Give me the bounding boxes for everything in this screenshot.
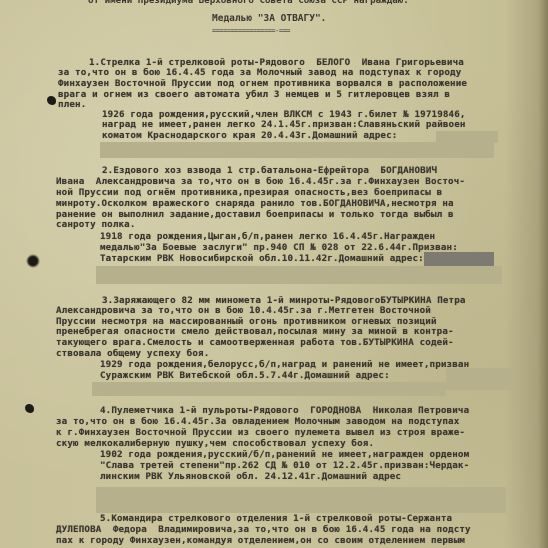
entry-3-line-6: ствовала общему успеху боя.	[56, 349, 209, 359]
redacted-address-3b	[92, 382, 446, 396]
entry-1-bio-2: наград не имеет,ранен легко 24.1.45г.при…	[102, 120, 466, 130]
header-cut-text: от имени Президиума Верховного Совета Со…	[88, 0, 409, 6]
ink-blot-1	[47, 96, 56, 105]
entry-4-bio-3: линским РВК Ульяновской обл. 24.12.41г.Д…	[100, 472, 401, 482]
entry-2-bio-3: Татарским РВК Новосибирской обл.10.11.42…	[100, 254, 424, 264]
page-edge-shadow	[538, 0, 548, 548]
document-page: от имени Президиума Верховного Совета Со…	[0, 0, 548, 548]
entry-2-line-1: 2.Ездового хоз взвода 1 стр.батальона-Еф…	[102, 166, 437, 176]
ink-blot-2	[26, 254, 40, 268]
entry-2-line-2: Ивана Александровича за то,что он в бою …	[56, 177, 465, 187]
entry-1-line-3: Финхаузен Восточной Пруссии под огнем пр…	[58, 79, 467, 89]
ink-blot-3	[25, 404, 34, 413]
entry-5-line-2: ДУЛЕПОВА Федора Владимировича,за то,что …	[56, 525, 471, 535]
entry-5-line-1: 5.Командира стрелкового отделения 1-й ст…	[100, 514, 452, 524]
entry-4-bio-1: 1902 года рождения,русский/б/п,ранений н…	[100, 450, 469, 460]
entry-4-line-3: к г.Финхаузен Восточной Пруссии из своег…	[56, 428, 465, 438]
entry-1-line-4: врага и огнем из своего автомата убил 3 …	[58, 90, 450, 100]
redacted-address-4	[96, 487, 506, 513]
entry-3-bio-2: Суражским РВК Витебской обл.5.7.44г.Дома…	[100, 371, 390, 381]
entry-2-line-3: ной Пруссии под огнём противника,презира…	[56, 188, 442, 198]
entry-2-line-6: санроту полка.	[56, 220, 136, 230]
entry-3-line-5: такующего врага.Смелость и самоотверженн…	[56, 338, 454, 348]
entry-2-bio-1: 1918 года рождения,Цыган,б/п,ранен легко…	[100, 232, 435, 242]
redacted-address-2b	[96, 266, 502, 284]
entry-1-line-2: за то,что он в бою 16.4.45 года за Молоч…	[58, 68, 461, 78]
entry-1-line-5: плен.	[58, 100, 86, 110]
entry-2-line-4: минроту.Осколком вражеского снаряда рани…	[56, 199, 454, 209]
title-underline: =================-===	[212, 27, 290, 35]
redacted-address-1b	[100, 142, 494, 158]
entry-5-line-3: пах к городу Финхаузен,командуя отделени…	[56, 536, 465, 546]
entry-2-bio-2: медалью"За Боевые заслуги" пр.940 СП № 0…	[100, 243, 458, 253]
entry-3-line-4: пренебрегая опасности смело действовал,п…	[56, 327, 454, 337]
entry-4-bio-2: "Слава третей степени"пр.262 СД № 010 от…	[100, 461, 469, 471]
entry-3-line-2: Александровича за то,что он в бою 10.4.4…	[56, 306, 431, 316]
redacted-address-2a	[424, 252, 494, 266]
entry-4-line-2: за то,что он в бою 16.4.45г.За овладение…	[56, 417, 459, 427]
redacted-address-3a	[446, 368, 512, 390]
entry-1-bio-3: коматом Краснодарского края 20.4.43г.Дом…	[102, 131, 397, 141]
entry-3-bio-1: 1929 года рождения,белорусс,б/п,наград и…	[100, 360, 469, 370]
document-title: Медалью "ЗА ОТВАГУ".	[212, 13, 326, 24]
entry-4-line-1: 4.Пулеметчика 1-й пульроты-Рядового ГОРО…	[100, 406, 469, 416]
entry-4-line-4: скую мелкокалиберную пушку,чем способств…	[56, 439, 374, 449]
